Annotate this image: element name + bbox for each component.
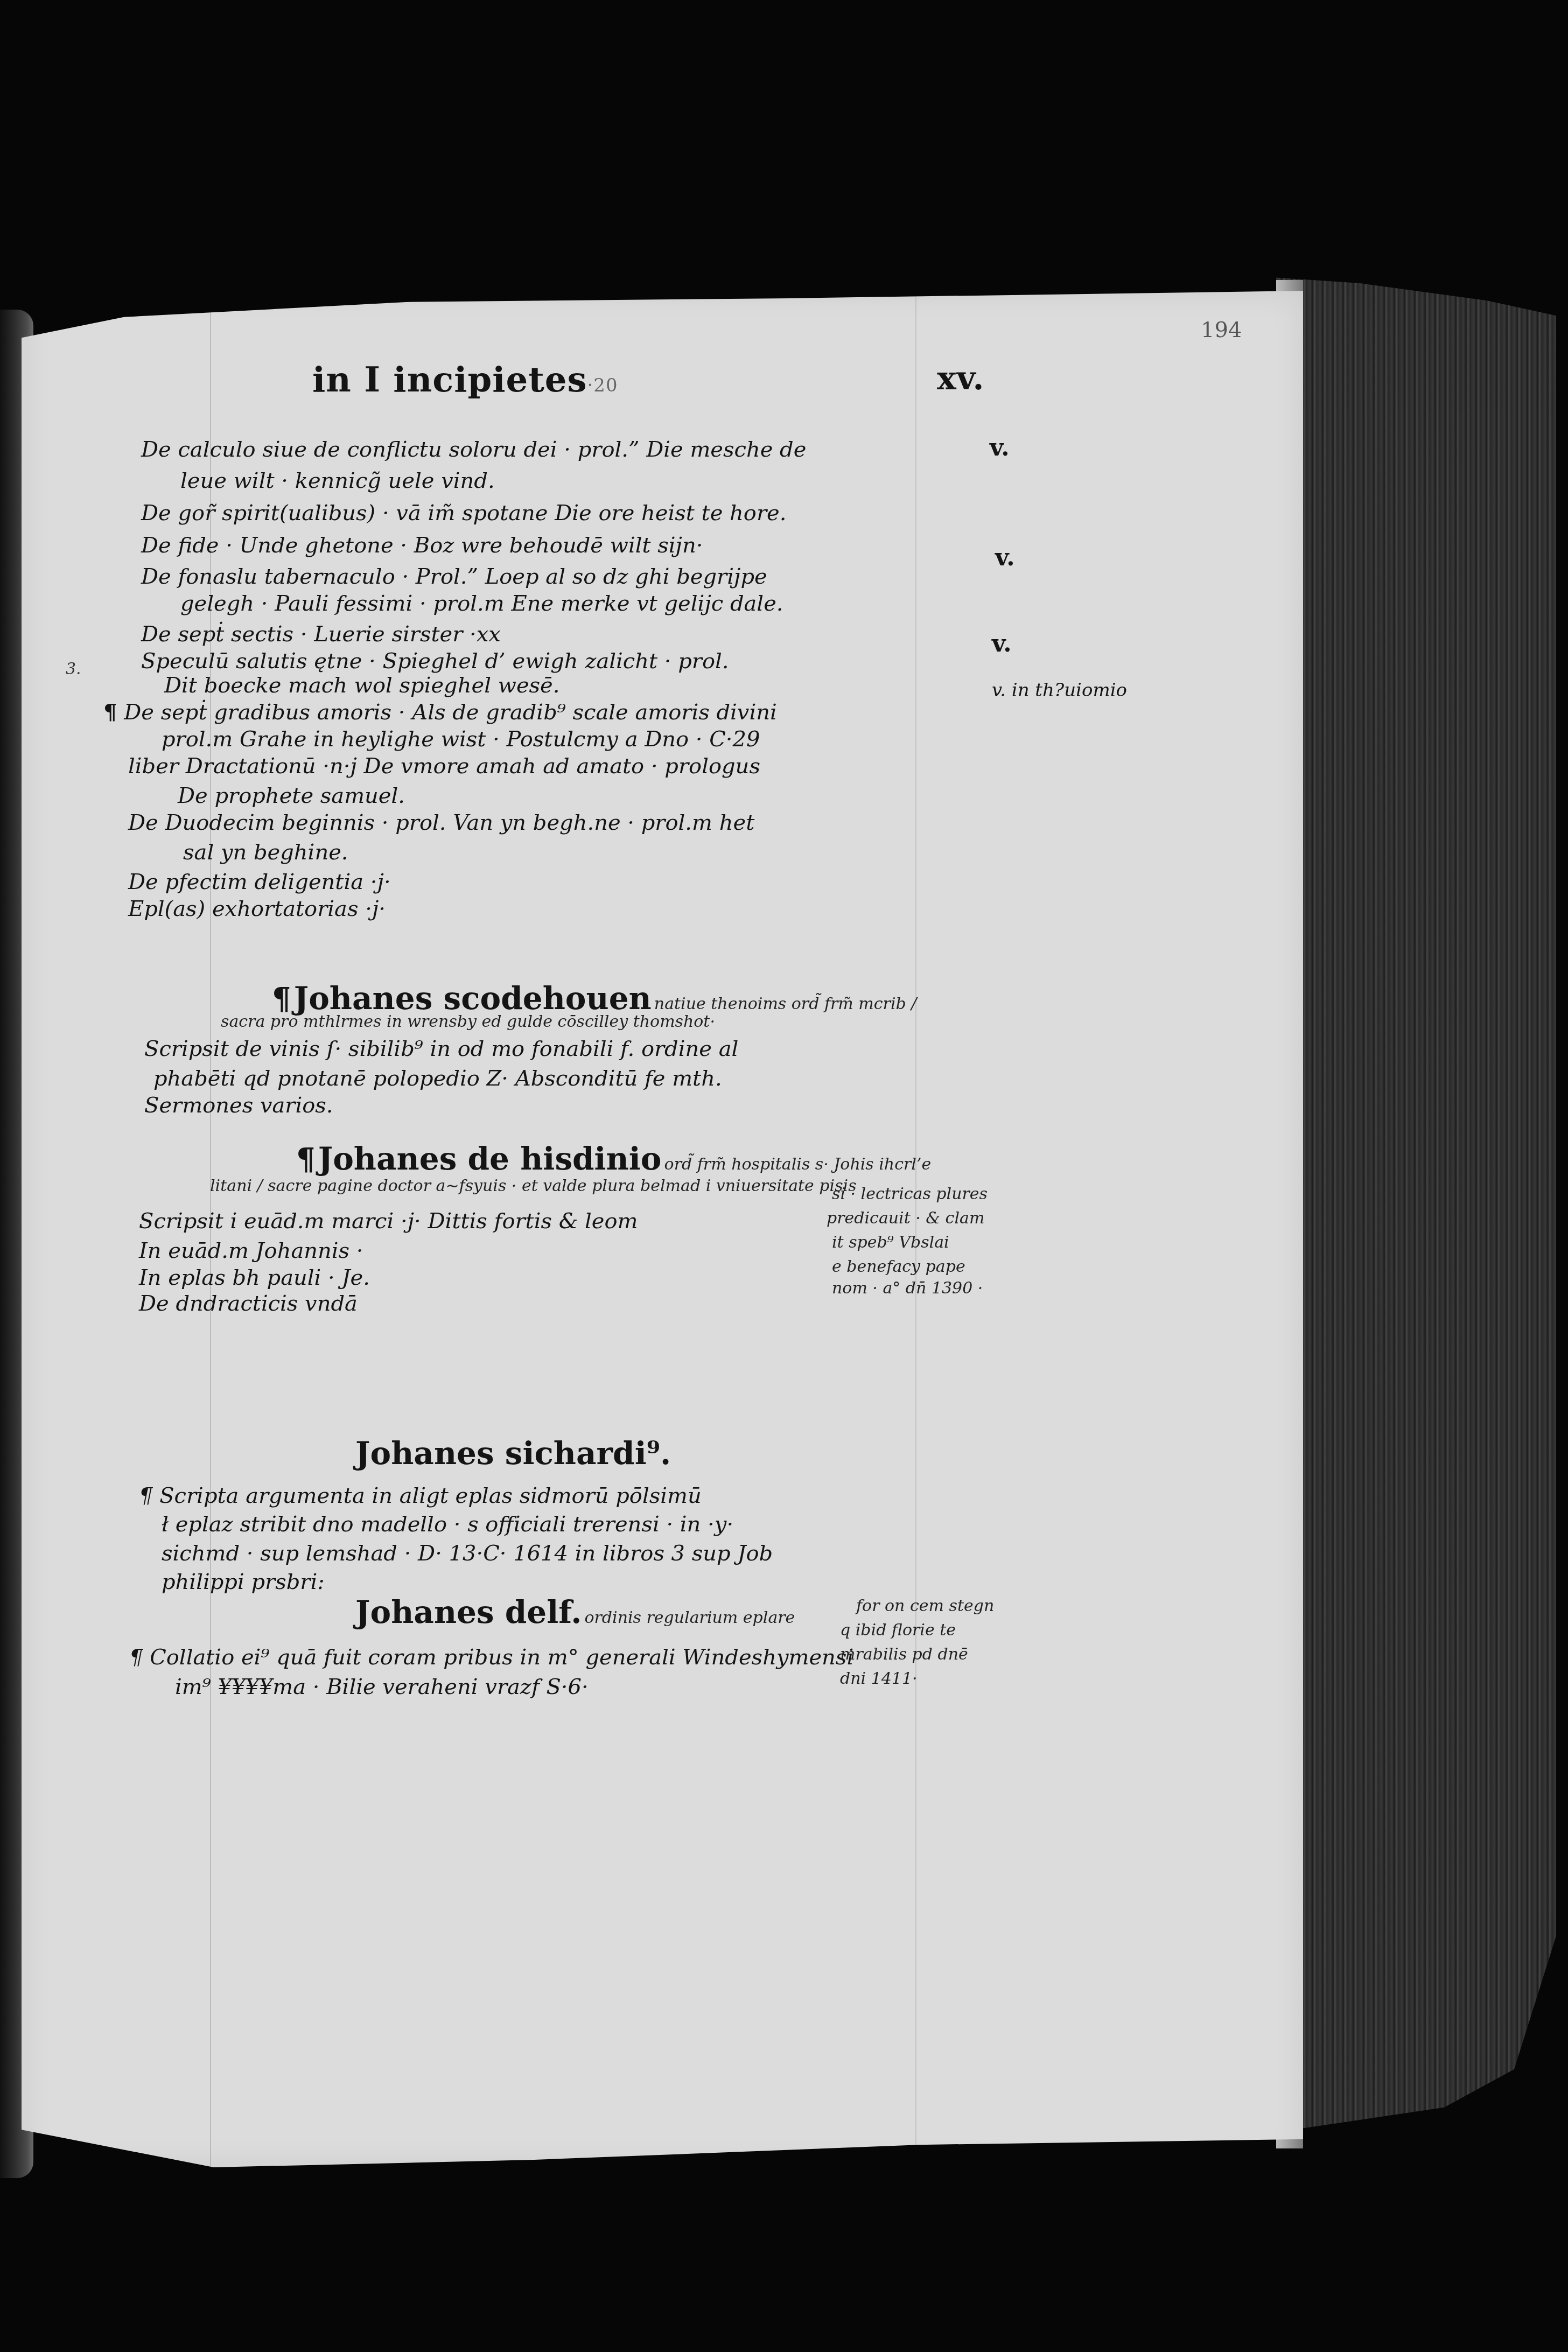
pilcrow-mark: ¶ — [272, 981, 291, 1017]
running-title-text: in I incipietes — [312, 360, 587, 400]
author-name: Johanes delf. — [355, 1594, 582, 1630]
entry-line: De calculo siue de conflictu soloru dei … — [141, 437, 806, 462]
work-line: In euād.m Johannis · — [139, 1238, 363, 1263]
margin-note: v. in th?uiomio — [992, 680, 1127, 701]
margin-mark: v. — [990, 434, 1009, 461]
author-name: Johanes de hisdinio — [318, 1140, 662, 1177]
author-name: Johanes sichardi⁹. — [355, 1435, 671, 1472]
margin-mark: v. — [992, 630, 1011, 657]
work-line: im⁹ ¥¥¥¥ma · Bilie veraheni vrazf S·6· — [175, 1675, 589, 1699]
running-title-suffix: ·20 — [587, 375, 618, 396]
entry-line-with-pilcrow: ¶ De sepṫ gradibus amoris · Als de gradi… — [103, 700, 777, 725]
entry-line: De pfectim deligentia ·j· — [128, 870, 391, 894]
side-note-line: predicauit · & clam — [827, 1209, 984, 1228]
entry-line: gelegh · Pauli fessimi · prol.m Ene merk… — [180, 591, 783, 616]
entry-line: De fide · Unde ghetone · Boz wre behoudē… — [141, 533, 703, 558]
work-line: phabēti qd pnotanē polopedio Z· Abscondi… — [153, 1066, 722, 1091]
side-note-line: q ibid florie te — [840, 1621, 956, 1640]
author-name: Johanes scodehouen — [294, 980, 652, 1017]
author-heading: ¶ Johanes de hisdinio ord̃ frm̃ hospital… — [296, 1140, 931, 1177]
author-heading: ¶ Johanes scodehouen natiue thenoims ord… — [272, 980, 916, 1017]
pilcrow-mark: ¶ — [103, 699, 117, 725]
author-epithet-cont: litani / sacre pagine doctor a~fsyuis · … — [210, 1177, 857, 1195]
author-epithet: natiue thenoims ord̃ frm̃ mcrib / — [654, 995, 917, 1013]
work-line: ¶ Collatio ei⁹ quā fuit coram pribus in … — [129, 1645, 853, 1670]
work-line: ł eplaz stribit dno madello · s official… — [162, 1512, 733, 1537]
work-line: De dndracticis vndā — [139, 1291, 358, 1316]
book-fore-edge — [1276, 258, 1556, 2165]
author-epithet: ord̃ frm̃ hospitalis s· Johis ihcrl’e — [664, 1155, 932, 1174]
entry-line: sal yn beghine. — [183, 840, 348, 865]
side-note-line: it speb⁹ Vbslai — [832, 1233, 949, 1252]
author-heading: Johanes sichardi⁹. — [355, 1435, 671, 1472]
folio-number: 194 — [1201, 318, 1242, 342]
left-margin-mark: 3. — [66, 660, 81, 678]
work-line: Scripsit de vinis ſ· sibilib⁹ in od mo f… — [144, 1037, 738, 1061]
entry-line: prol.m Grahe in heylighe wist · Postulcm… — [162, 727, 760, 752]
entry-line: Epl(as) exhortatorias ·j· — [128, 897, 386, 921]
pilcrow-mark: ¶ — [296, 1142, 316, 1177]
running-title: in I incipietes·20 — [312, 360, 618, 400]
margin-mark: v. — [995, 544, 1014, 571]
author-epithet-cont: sacra pro mthlrmes in wrensby ed gulde c… — [221, 1012, 715, 1031]
entry-line: De prophete samuel. — [178, 783, 405, 808]
entry-line: liber Dractationū ·n·j De vmore amah ad … — [128, 754, 760, 779]
entry-line: leue wilt · kennicg̃ uele vind. — [180, 468, 495, 493]
side-note-line: dni 1411· — [840, 1669, 918, 1688]
side-note-line: nom · a° dn̄ 1390 · — [832, 1279, 983, 1298]
author-heading: Johanes delf. ordinis regularium eplare — [355, 1594, 795, 1630]
side-note-line: for on cem stegn — [856, 1597, 994, 1615]
entry-line: Speculū salutis ętne · Spieghel d’ ewigh… — [141, 649, 729, 674]
work-line: In eplas bh pauli · Je. — [139, 1265, 370, 1290]
entry-text: De sepṫ gradibus amoris · Als de gradib⁹… — [124, 700, 777, 725]
entry-line: De fonaslu tabernaculo · Prol.” Loep al … — [141, 564, 767, 589]
work-line: Scripsit i euād.m marci ·j· Dittis forti… — [139, 1209, 638, 1234]
side-note-line: mrabilis pd dnē — [840, 1645, 968, 1664]
side-note-line: si · lectricas plures — [832, 1185, 988, 1203]
entry-line: De Duodecim beginnis · prol. Van yn begh… — [128, 810, 754, 835]
work-line: sichmd · sup lemshad · D· 13·C· 1614 in … — [162, 1541, 773, 1566]
entry-line: De gor̃ spirit(ualibus) · vā im̃ spotane… — [141, 501, 786, 526]
author-epithet: ordinis regularium eplare — [584, 1608, 795, 1627]
work-line: Sermones varios. — [144, 1093, 333, 1118]
folio-signature: xv. — [937, 360, 985, 397]
work-line: ¶ Scripta argumenta in aligt eplas sidmo… — [139, 1483, 702, 1508]
work-line: philippi prsbri: — [162, 1570, 325, 1594]
entry-line: Dit boecke mach wol spieghel wesē. — [164, 673, 560, 698]
side-note-line: e benefacy pape — [832, 1257, 965, 1276]
entry-line: De sepṫ sectis · Luerie sirster ·xx — [141, 622, 501, 647]
